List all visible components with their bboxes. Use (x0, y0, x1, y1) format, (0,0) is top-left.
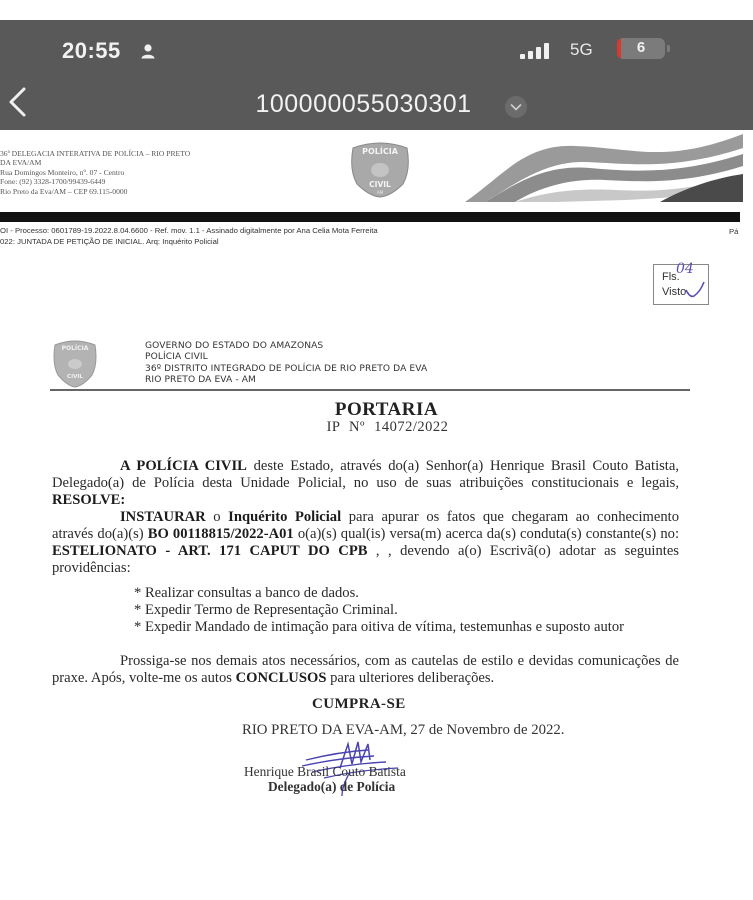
handwritten-page-number: 04 (674, 258, 710, 302)
gov-header-line: GOVERNO DO ESTADO DO AMAZONAS (145, 341, 427, 352)
bold-text: RESOLVE: (52, 492, 125, 508)
battery-percent: 6 (617, 39, 665, 56)
letterhead-line: Rio Preto da Eva/AM – CEP 69.115-0000 (0, 187, 190, 196)
letterhead-wave-graphic (465, 134, 743, 202)
status-time: 20:55 (62, 38, 121, 64)
letterhead-address: 36ª DELEGACIA INTERATIVA DE POLÍCIA – RI… (0, 149, 190, 196)
svg-text:POLÍCIA: POLÍCIA (362, 145, 399, 156)
ip-number: 14072/2022 (374, 419, 448, 435)
document-heading: PORTARIA (0, 399, 753, 421)
list-item: * Realizar consultas a banco de dados. (52, 585, 679, 602)
ip-label: IP Nº (327, 419, 365, 435)
document-title[interactable]: 100000055030301 (0, 90, 753, 119)
svg-text:CIVIL: CIVIL (369, 180, 391, 189)
bold-text: CONCLUSOS (236, 670, 327, 686)
battery-icon: 6 (617, 38, 665, 59)
letterhead-line: 36ª DELEGACIA INTERATIVA DE POLÍCIA – RI… (0, 149, 190, 158)
letterhead-line: DA EVA/AM (0, 158, 190, 167)
paragraph-prossiga: Prossiga-se nos demais atos necessários,… (52, 653, 679, 687)
person-icon (140, 43, 156, 59)
list-item: * Expedir Mandado de intimação para oiti… (52, 619, 679, 636)
signer-role: Delegado(a) de Polícia (268, 779, 395, 795)
letterhead-line: Rua Domingos Monteiro, nº. 07 - Centro (0, 168, 190, 177)
bold-text: ESTELIONATO - ART. 171 CAPUT DO CPB (52, 543, 367, 559)
battery-tip (667, 45, 670, 52)
header-divider-band (0, 212, 740, 222)
svg-text:CIVIL: CIVIL (67, 374, 83, 380)
gov-header-line: RIO PRETO DA EVA - AM (145, 375, 427, 386)
police-badge-icon: POLÍCIA CIVIL (50, 338, 100, 388)
list-item: * Expedir Termo de Representação Crimina… (52, 602, 679, 619)
place-date: RIO PRETO DA EVA-AM, 27 de Novembro de 2… (242, 722, 565, 739)
paragraph-instaurar: INSTAURAR o Inquérito Policial para apur… (52, 509, 679, 577)
paragraph-resolve: A POLÍCIA CIVIL deste Estado, através do… (52, 458, 679, 509)
bold-text: INSTAURAR (120, 509, 206, 525)
ip-number-line: IP Nº 14072/2022 (0, 419, 753, 436)
gov-header-line: 36º DISTRITO INTEGRADO DE POLÍCIA DE RIO… (145, 364, 427, 375)
network-type: 5G (570, 40, 593, 60)
chevron-down-icon[interactable] (505, 96, 527, 118)
signer-name: Henrique Brasil Couto Batista (244, 764, 406, 780)
gov-header-line: POLÍCIA CIVIL (145, 352, 427, 363)
paragraph-text: para ulteriores deliberações. (326, 670, 494, 686)
svg-text:POLÍCIA: POLÍCIA (62, 344, 89, 352)
letterhead-line: Fone: (92) 3328-1700/99439-6449 (0, 177, 190, 186)
government-header: GOVERNO DO ESTADO DO AMAZONAS POLÍCIA CI… (145, 341, 427, 387)
paragraph-text: o (206, 509, 228, 525)
svg-text:04: 04 (676, 261, 694, 277)
police-badge-icon: POLÍCIA CIVIL AM (345, 140, 415, 198)
app-top-bar: 20:55 5G 6 100000055030301 (0, 20, 753, 130)
cumpra-se-heading: CUMPRA-SE (312, 696, 406, 713)
bold-text: Inquérito Policial (228, 509, 341, 525)
bold-text: BO 00118815/2022-A01 (148, 526, 294, 542)
bold-text: A POLÍCIA CIVIL (120, 458, 247, 474)
header-rule (50, 389, 690, 391)
filing-meta-line: 022: JUNTADA DE PETIÇÃO DE INICIAL. Arq:… (0, 237, 219, 246)
page-label: Pá (729, 227, 738, 236)
paragraph-text: o(a)(s) qual(is) versa(m) acerca da(s) c… (294, 526, 679, 542)
svg-text:AM: AM (377, 190, 384, 195)
process-meta-line: OI - Processo: 0601789-19.2022.8.04.6600… (0, 226, 378, 235)
signal-bars-icon (520, 43, 558, 59)
letterhead: 36ª DELEGACIA INTERATIVA DE POLÍCIA – RI… (0, 130, 753, 213)
